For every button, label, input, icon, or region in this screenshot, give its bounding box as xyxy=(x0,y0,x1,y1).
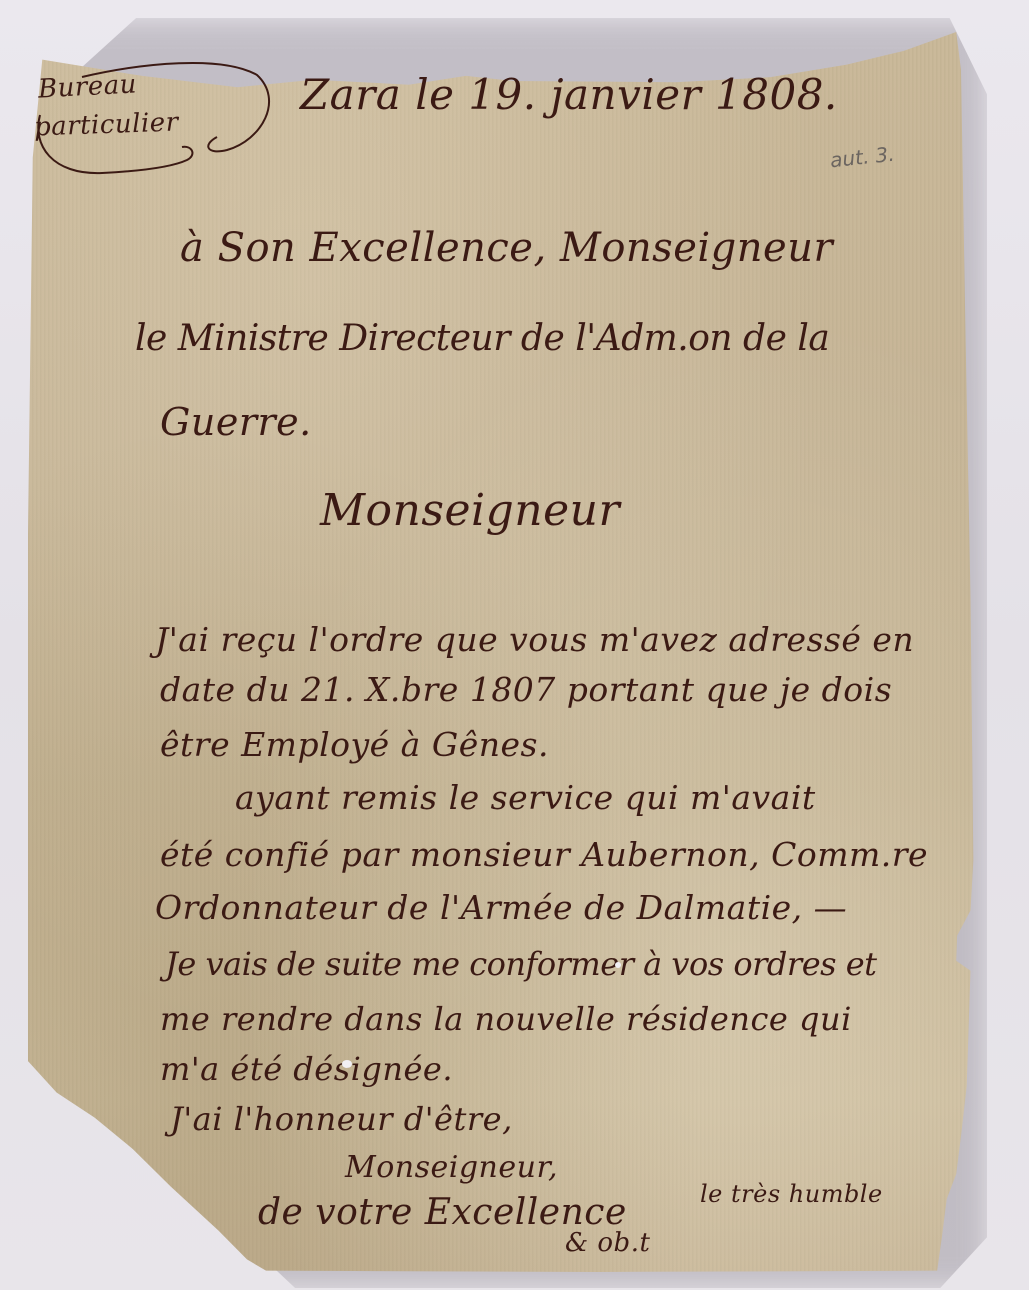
letter-paper xyxy=(28,32,980,1287)
body-line-1: J'ai reçu l'ordre que vous m'avez adress… xyxy=(155,620,914,659)
body-line-5: été confié par monsieur Aubernon, Comm.r… xyxy=(160,835,928,874)
margin-note-line1: Bureau xyxy=(37,69,137,104)
place-date-line: Zara le 19. janvier 1808. xyxy=(300,70,838,119)
body-line-9: m'a été désignée. xyxy=(160,1050,453,1088)
closing-line2: Monseigneur, xyxy=(345,1150,558,1185)
paper-hole xyxy=(615,962,621,968)
body-line-6: Ordonnateur de l'Armée de Dalmatie, — xyxy=(155,888,847,927)
body-line-4: ayant remis le service qui m'avait xyxy=(235,778,816,817)
addressee-line2: le Ministre Directeur de l'Adm.on de la xyxy=(135,318,829,359)
closing-line3-right: le très humble xyxy=(700,1180,883,1208)
closing-line3-left: de votre Excellence xyxy=(258,1192,627,1233)
paper-hole xyxy=(342,1060,352,1068)
margin-note-line2: particulier xyxy=(34,107,180,142)
addressee-line3: Guerre. xyxy=(160,400,312,444)
body-line-7: Je vais de suite me conformer à vos ordr… xyxy=(165,945,877,983)
body-line-3: être Employé à Gênes. xyxy=(160,725,549,764)
closing-line4: & ob.t xyxy=(565,1228,650,1258)
body-line-8: me rendre dans la nouvelle résidence qui xyxy=(160,1000,852,1038)
body-line-2: date du 21. X.bre 1807 portant que je do… xyxy=(160,670,892,709)
closing-line1: J'ai l'honneur d'être, xyxy=(170,1100,513,1138)
salutation: Monseigneur xyxy=(320,485,620,536)
addressee-line1: à Son Excellence, Monseigneur xyxy=(180,225,833,271)
